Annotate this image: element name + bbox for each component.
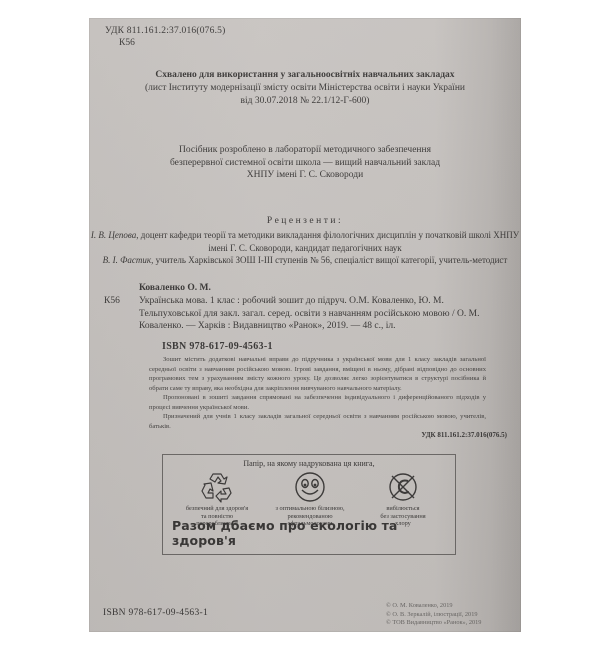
reviewers-list: І. В. Цепова, доцент кафедри теорії та м…	[89, 229, 521, 267]
recycle-icon	[200, 471, 234, 503]
annotation-paragraph: Пропоновані в зошиті завдання спрямовані…	[149, 393, 486, 412]
development-note: Посібник розроблено в лабораторії методи…	[89, 144, 521, 182]
no-chlorine-icon	[387, 471, 419, 503]
reviewer-name: В. І. Фастик	[103, 255, 151, 265]
eco-label-line: безпечний для здоров'я	[169, 505, 265, 513]
eco-paper-box: Папір, на якому надрукована ця книга, бе…	[162, 454, 456, 555]
bibliography-record: К56 Українська мова. 1 клас : робочий зо…	[104, 295, 499, 333]
eco-label-line: з оптимальною білизною,	[262, 505, 358, 513]
development-line: безперервної системної освіти школа — ви…	[89, 157, 521, 170]
approval-title: Схвалено для використання у загальноосві…	[89, 70, 521, 80]
udk-code: УДК 811.161.2:37.016(076.5)	[105, 26, 225, 36]
reviewer-entry: В. І. Фастик, учитель Харківської ЗОШ І-…	[89, 254, 521, 267]
reviewers-heading: Рецензенти:	[89, 216, 521, 226]
bibliography-index: К56	[104, 295, 120, 308]
bibliography-text: Українська мова. 1 клас : робочий зошит …	[139, 295, 499, 333]
reviewer-entry: І. В. Цепова, доцент кафедри теорії та м…	[89, 229, 521, 254]
eco-label-line: вибілюється	[355, 505, 451, 513]
eco-heading: Папір, на якому надрукована ця книга,	[163, 459, 455, 468]
author-index: К56	[119, 38, 135, 48]
isbn-footer: ISBN 978-617-09-4563-1	[103, 608, 208, 618]
bibliography-author: Коваленко О. М.	[139, 283, 211, 293]
eco-slogan: Разом дбаємо про екологію та здоров'я	[172, 518, 455, 548]
reviewer-details: , доцент кафедри теорії та методики викл…	[136, 230, 519, 253]
annotation: Зошит містить додаткові навчальні вправи…	[149, 355, 486, 431]
annotation-paragraph: Зошит містить додаткові навчальні вправи…	[149, 355, 486, 393]
copyright-line: © О. В. Зеркалій, ілюстрації, 2019	[386, 611, 481, 620]
copyright-line: © ТОВ Видавництво «Ранок», 2019	[386, 619, 481, 628]
udk-code-bottom: УДК 811.161.2:37.016(076.5)	[421, 431, 507, 439]
isbn-main: ISBN 978-617-09-4563-1	[162, 341, 273, 352]
annotation-paragraph: Призначений для учнів 1 класу закладів з…	[149, 412, 486, 431]
development-line: Посібник розроблено в лабораторії методи…	[89, 144, 521, 157]
copyright-block: © О. М. Коваленко, 2019 © О. В. Зеркалій…	[386, 602, 481, 628]
reviewer-details: , учитель Харківської ЗОШ І-ІІІ ступенів…	[151, 255, 507, 265]
book-imprint-page: УДК 811.161.2:37.016(076.5) К56 Схвалено…	[89, 18, 521, 632]
approval-line: (лист Інституту модернізації змісту осві…	[89, 83, 521, 93]
smiley-icon	[294, 471, 326, 503]
approval-line: від 30.07.2018 № 22.1/12-Г-600)	[89, 96, 521, 106]
copyright-line: © О. М. Коваленко, 2019	[386, 602, 481, 611]
development-line: ХНПУ імені Г. С. Сковороди	[89, 169, 521, 182]
reviewer-name: І. В. Цепова	[91, 230, 136, 240]
